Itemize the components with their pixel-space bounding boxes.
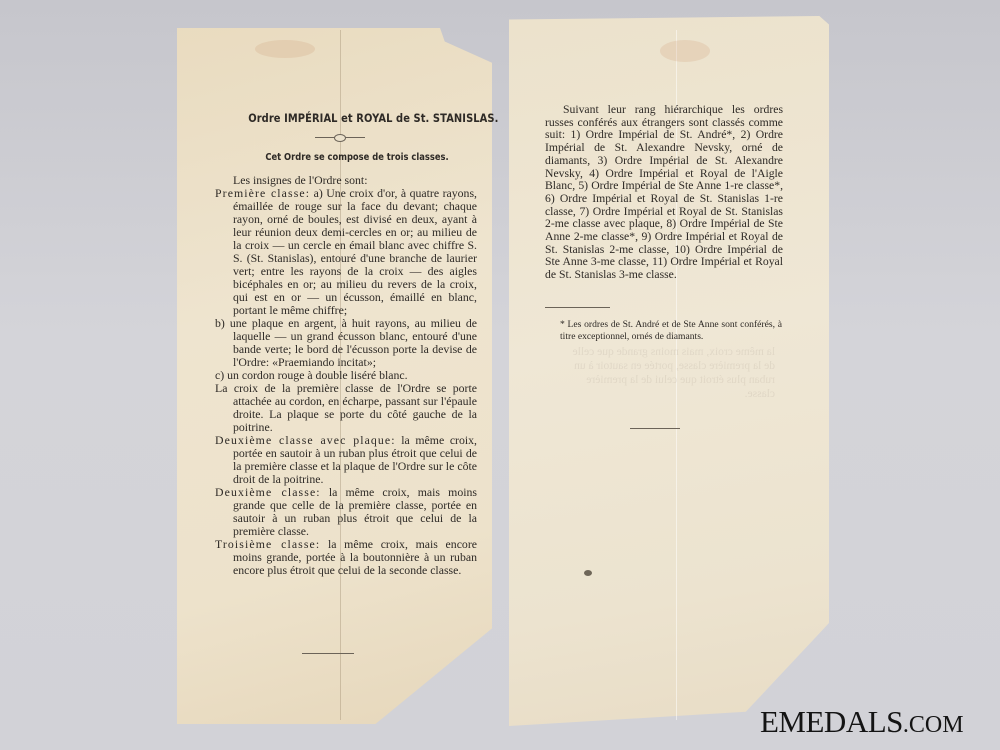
second-class: Deuxième classe: la même croix, mais moi… <box>215 486 477 538</box>
second-class-with-star: Deuxième classe avec plaque: la même cro… <box>215 434 477 486</box>
watermark-suffix: .COM <box>903 712 964 738</box>
left-page-end-rule <box>302 653 354 654</box>
footnote-rule <box>545 307 610 308</box>
first-class-b: b) une plaque en argent, à huit rayons, … <box>215 317 477 369</box>
bleed-through-text: la même croix, mais moins grande que cel… <box>570 345 775 401</box>
first-class-a: Première classe: a) Une croix d'or, à qu… <box>215 187 477 317</box>
right-page-body: Suivant leur rang hiérarchique les ordre… <box>545 104 783 282</box>
first-class-wearing: La croix de la première classe de l'Ordr… <box>215 382 477 434</box>
second-class-with-star-label: Deuxième classe avec plaque: <box>215 433 396 447</box>
paper-stain <box>660 40 710 62</box>
first-class-label: Première classe: <box>215 186 310 200</box>
document-title: Ordre IMPÉRIAL et ROYAL de St. STANISLAS… <box>248 111 472 125</box>
paper-stain <box>255 40 315 58</box>
watermark-main: EMEDALS <box>760 704 903 739</box>
footnote: * Les ordres de St. André et de Ste Anne… <box>560 319 782 342</box>
emedals-watermark: EMEDALS.COM <box>760 704 964 740</box>
left-page-body: Les insignes de l'Ordre sont: Première c… <box>215 174 477 577</box>
third-class: Troisième classe: la même croix, mais en… <box>215 538 477 577</box>
third-class-label: Troisième classe: <box>215 537 320 551</box>
paper-hole-mark <box>584 570 592 576</box>
document-subtitle: Cet Ordre se compose de trois classes. <box>243 152 472 163</box>
right-page-end-rule <box>630 428 680 429</box>
first-class-a-text: a) Une croix d'or, à quatre rayons, émai… <box>233 186 477 317</box>
second-class-label: Deuxième classe: <box>215 485 321 499</box>
orders-ranking-paragraph: Suivant leur rang hiérarchique les ordre… <box>545 104 783 282</box>
title-ornament-icon <box>334 134 346 142</box>
